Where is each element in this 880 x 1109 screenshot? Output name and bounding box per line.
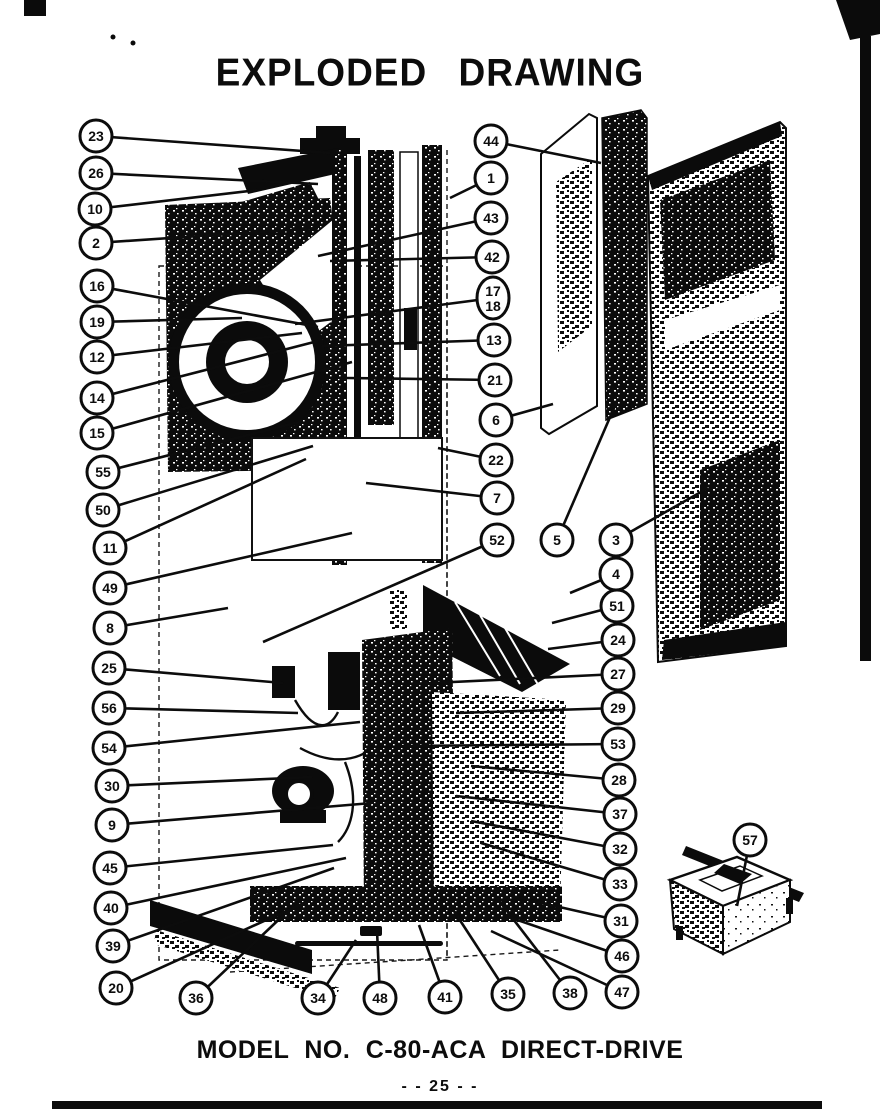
svg-text:22: 22: [488, 452, 504, 468]
callout-51: 51: [552, 590, 633, 623]
svg-text:27: 27: [610, 666, 626, 682]
svg-text:44: 44: [483, 133, 499, 149]
callout-25: 25: [93, 652, 283, 684]
svg-text:41: 41: [437, 989, 453, 1005]
svg-text:4: 4: [612, 566, 620, 582]
svg-text:23: 23: [88, 128, 104, 144]
svg-text:13: 13: [486, 332, 502, 348]
svg-text:34: 34: [310, 990, 326, 1006]
callout-4: 4: [570, 558, 632, 593]
svg-text:54: 54: [101, 740, 117, 756]
callout-9: 9: [96, 803, 372, 841]
svg-text:31: 31: [613, 913, 629, 929]
svg-text:25: 25: [101, 660, 117, 676]
manual-page: EXPLODED DRAWING: [0, 0, 880, 1109]
svg-text:30: 30: [104, 778, 120, 794]
svg-text:32: 32: [612, 841, 628, 857]
callout-22: 22: [438, 444, 512, 476]
svg-text:28: 28: [611, 772, 627, 788]
svg-text:3: 3: [612, 532, 620, 548]
callout-1: 1: [450, 162, 507, 198]
svg-text:19: 19: [89, 314, 105, 330]
svg-text:42: 42: [484, 249, 500, 265]
svg-text:43: 43: [483, 210, 499, 226]
svg-text:6: 6: [492, 412, 500, 428]
svg-text:46: 46: [614, 948, 630, 964]
callout-41: 41: [419, 925, 461, 1013]
svg-text:56: 56: [101, 700, 117, 716]
side-panels: [541, 110, 786, 662]
svg-text:7: 7: [493, 490, 501, 506]
page-number: - - 25 - -: [0, 1078, 880, 1096]
svg-text:9: 9: [108, 817, 116, 833]
svg-text:55: 55: [95, 464, 111, 480]
svg-text:36: 36: [188, 990, 204, 1006]
svg-text:47: 47: [614, 984, 630, 1000]
svg-text:51: 51: [609, 598, 625, 614]
svg-text:57: 57: [742, 832, 758, 848]
svg-text:20: 20: [108, 980, 124, 996]
svg-text:38: 38: [562, 985, 578, 1001]
svg-text:50: 50: [95, 502, 111, 518]
svg-text:35: 35: [500, 986, 516, 1002]
model-caption: MODEL NO. C-80-ACA DIRECT-DRIVE: [0, 1036, 880, 1065]
svg-text:10: 10: [87, 201, 103, 217]
svg-text:40: 40: [103, 900, 119, 916]
callout-56: 56: [93, 692, 298, 724]
callout-24: 24: [548, 624, 634, 656]
svg-text:14: 14: [89, 390, 105, 406]
svg-text:21: 21: [487, 372, 503, 388]
svg-text:49: 49: [102, 580, 118, 596]
svg-text:37: 37: [612, 806, 628, 822]
svg-text:33: 33: [612, 876, 628, 892]
callout-45: 45: [94, 845, 333, 884]
svg-text:53: 53: [610, 736, 626, 752]
svg-text:29: 29: [610, 700, 626, 716]
svg-text:11: 11: [103, 540, 118, 556]
svg-text:12: 12: [89, 349, 105, 365]
svg-text:39: 39: [105, 938, 121, 954]
svg-text:48: 48: [372, 990, 388, 1006]
svg-text:45: 45: [102, 860, 118, 876]
callout-35: 35: [452, 908, 524, 1010]
callout-8: 8: [94, 608, 228, 644]
svg-text:8: 8: [106, 620, 114, 636]
svg-text:1: 1: [487, 170, 495, 186]
svg-text:52: 52: [489, 532, 505, 548]
svg-text:5: 5: [553, 532, 561, 548]
svg-text:15: 15: [89, 425, 105, 441]
svg-text:24: 24: [610, 632, 626, 648]
svg-text:2: 2: [92, 235, 100, 251]
svg-text:1718: 1718: [485, 283, 501, 314]
exploded-drawing-svg: 2326102161912141555501149825565430945403…: [0, 0, 880, 1109]
callout-23: 23: [80, 120, 330, 153]
svg-text:26: 26: [88, 165, 104, 181]
svg-text:16: 16: [89, 278, 105, 294]
